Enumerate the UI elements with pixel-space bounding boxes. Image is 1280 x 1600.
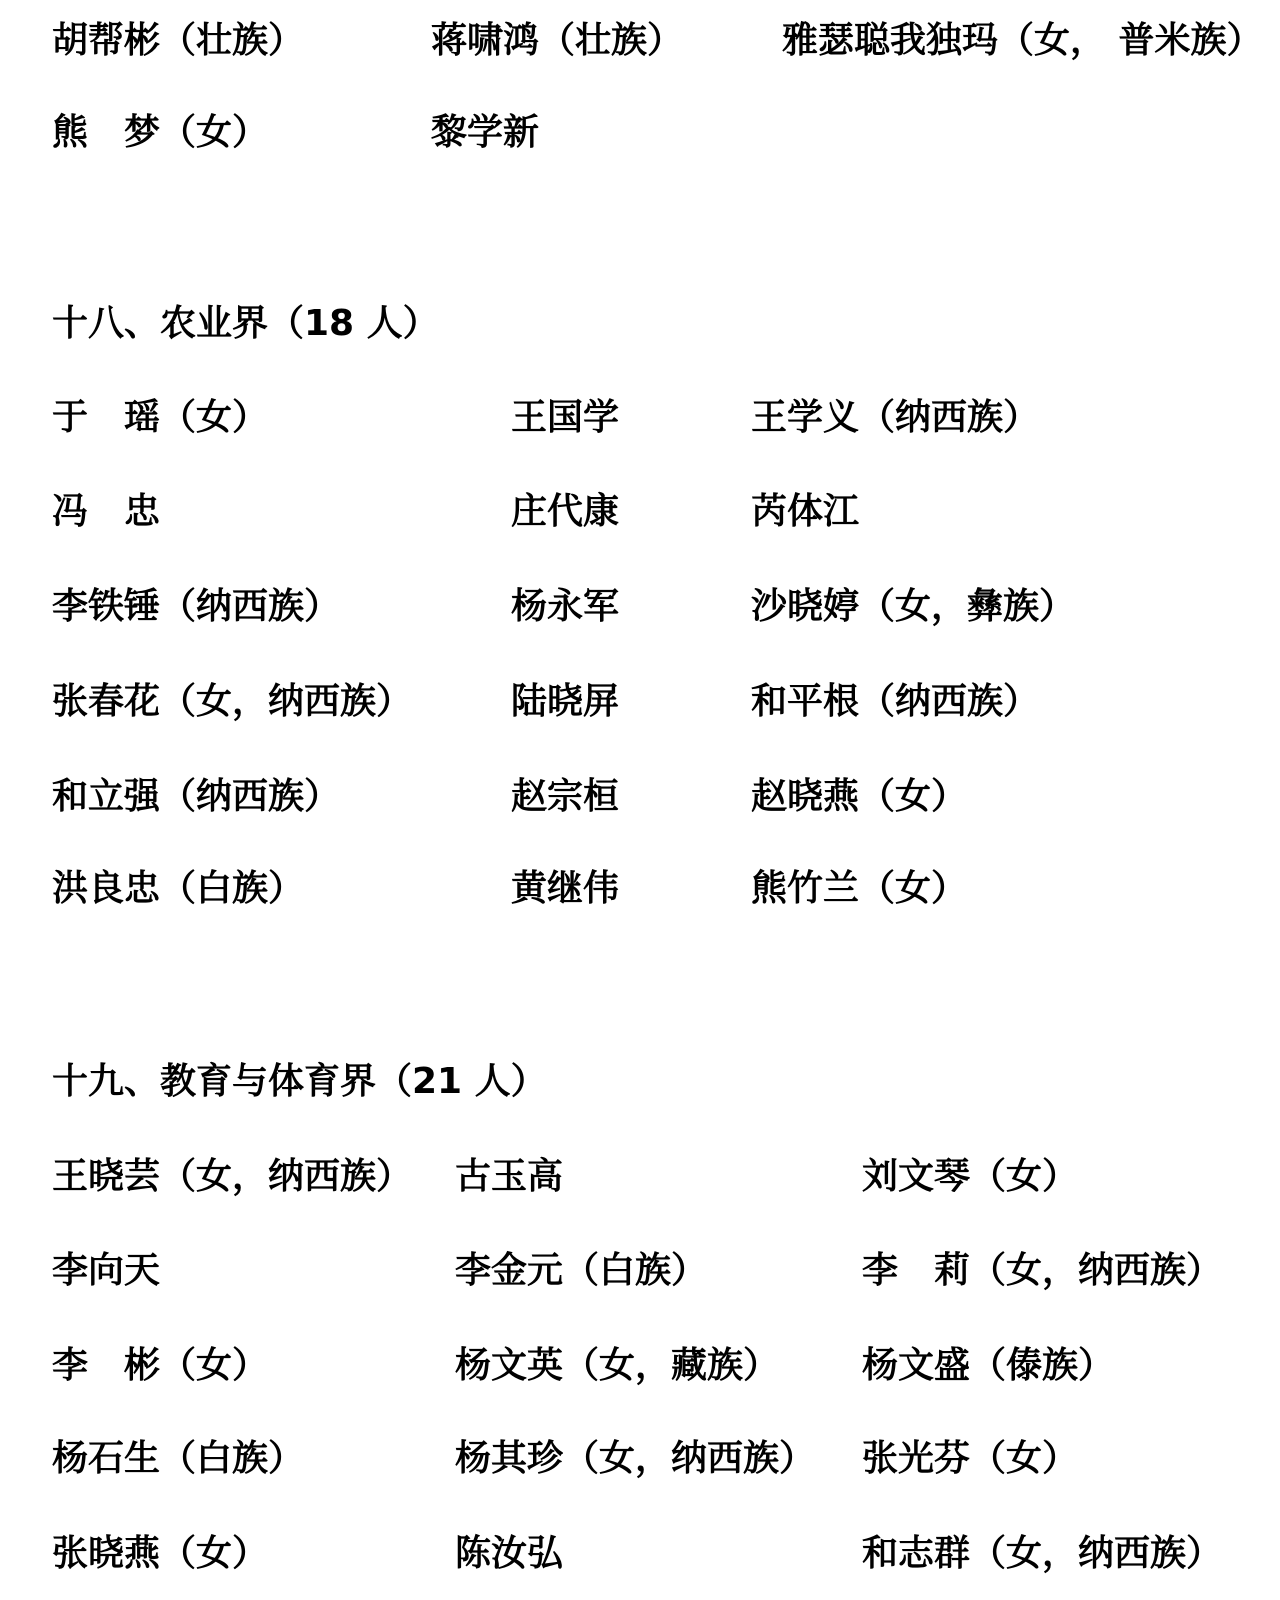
delegate-name: 李金元（白族）: [455, 1253, 707, 1289]
delegate-name: 王国学: [511, 400, 619, 436]
section-title-section-18: 十八、农业界（18 人）: [52, 306, 439, 342]
delegate-name: 陆晓屏: [511, 684, 619, 720]
delegate-name: 赵晓燕（女）: [751, 779, 967, 815]
delegate-name: 熊竹兰（女）: [751, 871, 967, 907]
delegate-name: 芮体江: [751, 494, 859, 530]
delegate-name: 杨文英（女，藏族）: [455, 1348, 779, 1384]
delegate-name: 洪良忠（白族）: [52, 871, 304, 907]
delegate-name: 杨石生（白族）: [52, 1441, 304, 1477]
delegate-name: 古玉高: [455, 1159, 563, 1195]
delegate-name: 陈汝弘: [455, 1536, 563, 1572]
section-title-section-19: 十九、教育与体育界（21 人）: [52, 1064, 547, 1100]
delegate-name: 张晓燕（女）: [52, 1536, 268, 1572]
delegate-name: 黎学新: [431, 115, 539, 151]
delegate-name: 杨永军: [511, 589, 619, 625]
delegate-name: 胡帮彬（壮族）: [52, 23, 304, 59]
delegate-name: 赵宗桓: [511, 779, 619, 815]
delegate-name: 熊 梦（女）: [52, 115, 268, 151]
delegate-name: 冯 忠: [52, 494, 160, 530]
delegate-name: 庄代康: [511, 494, 619, 530]
delegate-name: 刘文琴（女）: [862, 1159, 1078, 1195]
delegate-name: 张光芬（女）: [862, 1441, 1078, 1477]
delegate-name: 于 瑶（女）: [52, 400, 268, 436]
delegate-name: 黄继伟: [511, 871, 619, 907]
delegate-name: 沙晓婷（女，彝族）: [751, 589, 1075, 625]
delegate-name: 李 彬（女）: [52, 1348, 268, 1384]
delegate-name: 李向天: [52, 1253, 160, 1289]
delegate-name: 杨其珍（女，纳西族）: [455, 1441, 815, 1477]
document-page: 胡帮彬（壮族）蒋啸鸿（壮族）雅瑟聪我独玛（女， 普米族）熊 梦（女）黎学新十八、…: [0, 0, 1280, 1600]
delegate-name: 王晓芸（女，纳西族）: [52, 1159, 412, 1195]
delegate-name: 杨文盛（傣族）: [862, 1348, 1114, 1384]
delegate-name: 王学义（纳西族）: [751, 400, 1039, 436]
delegate-name: 张春花（女，纳西族）: [52, 684, 412, 720]
delegate-name: 蒋啸鸿（壮族）: [431, 23, 683, 59]
delegate-name: 和立强（纳西族）: [52, 779, 340, 815]
delegate-name: 雅瑟聪我独玛（女， 普米族）: [782, 23, 1263, 59]
delegate-name: 和志群（女，纳西族）: [862, 1536, 1222, 1572]
delegate-name: 李 莉（女，纳西族）: [862, 1253, 1222, 1289]
delegate-name: 李铁锤（纳西族）: [52, 589, 340, 625]
delegate-name: 和平根（纳西族）: [751, 684, 1039, 720]
